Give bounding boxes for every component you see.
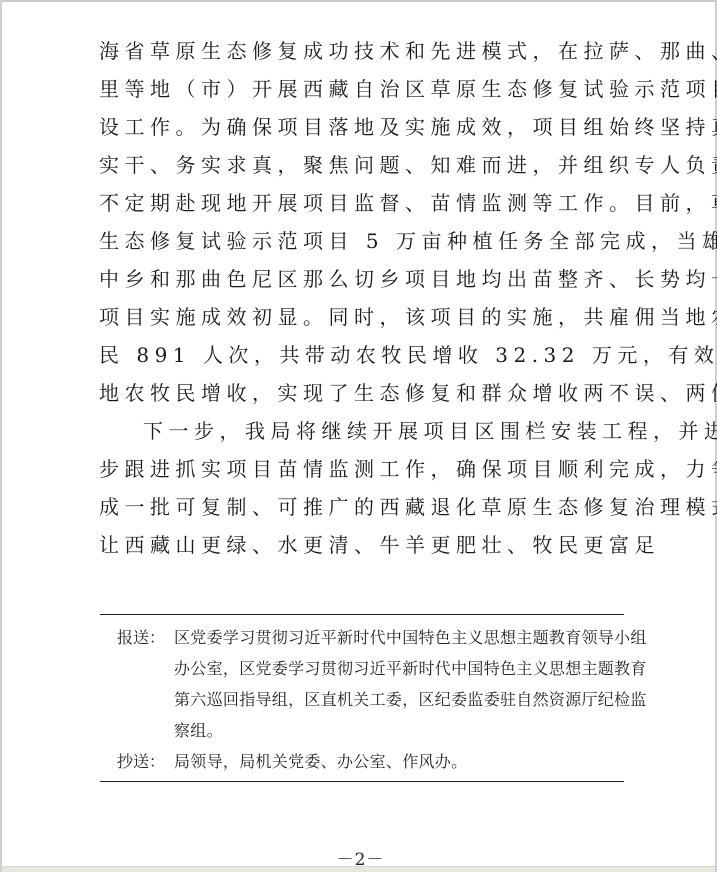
text-line: 民 891 人次，共带动农牧民增收 32.32 万元，有效带动了当 — [99, 336, 629, 374]
distribution-top-rule — [100, 614, 624, 615]
text-line: 不定期赴现地开展项目监督、苗情监测等工作。目前，草原 — [99, 184, 629, 222]
text-line: 地农牧民增收，实现了生态修复和群众增收两不误、两促进。 — [99, 374, 629, 412]
page-bottom-edge — [2, 866, 715, 872]
paragraph-2: 下一步，我局将继续开展项目区围栏安装工程，并进一 步跟进抓实项目苗情监测工作，确… — [99, 412, 629, 564]
copy-to-label: 抄送： — [117, 746, 174, 777]
text-line: 海省草原生态修复成功技术和先进模式，在拉萨、那曲、阿 — [99, 32, 629, 70]
report-to-row: 报送： 区党委学习贯彻习近平新时代中国特色主义思想主题教育领导小组 办公室，区党… — [117, 622, 627, 746]
recipient-line: 局领导，局机关党委、办公室、作风办。 — [174, 746, 467, 777]
text-line: 步跟进抓实项目苗情监测工作，确保项目顺利完成，力争集 — [99, 450, 629, 488]
recipient-line: 办公室，区党委学习贯彻习近平新时代中国特色主义思想主题教育 — [174, 653, 647, 684]
copy-to-recipients: 局领导，局机关党委、办公室、作风办。 — [174, 746, 467, 777]
text-line: 项目实施成效初显。同时，该项目的实施，共雇佣当地农牧 — [99, 298, 629, 336]
text-line: 下一步，我局将继续开展项目区围栏安装工程，并进一 — [99, 412, 629, 450]
copy-to-row: 抄送： 局领导，局机关党委、办公室、作风办。 — [117, 746, 627, 777]
text-line: 实干、务实求真，聚焦问题、知难而进，并组织专人负责， — [99, 146, 629, 184]
text-line: 生态修复试验示范项目 5 万亩种植任务全部完成，当雄县宁 — [99, 222, 629, 260]
recipient-line: 察组。 — [174, 715, 647, 746]
paragraph-1: 海省草原生态修复成功技术和先进模式，在拉萨、那曲、阿 里等地（市）开展西藏自治区… — [99, 32, 629, 412]
text-line: 让西藏山更绿、水更清、牛羊更肥壮、牧民更富足 — [99, 526, 629, 564]
text-line: 里等地（市）开展西藏自治区草原生态修复试验示范项目建 — [99, 70, 629, 108]
report-to-recipients: 区党委学习贯彻习近平新时代中国特色主义思想主题教育领导小组 办公室，区党委学习贯… — [174, 622, 647, 746]
report-to-label: 报送： — [117, 622, 174, 746]
body-text: 海省草原生态修复成功技术和先进模式，在拉萨、那曲、阿 里等地（市）开展西藏自治区… — [99, 32, 629, 564]
distribution-bottom-rule — [100, 781, 624, 782]
text-line: 中乡和那曲色尼区那么切乡项目地均出苗整齐、长势均一， — [99, 260, 629, 298]
recipient-line: 区党委学习贯彻习近平新时代中国特色主义思想主题教育领导小组 — [174, 622, 647, 653]
distribution-block: 报送： 区党委学习贯彻习近平新时代中国特色主义思想主题教育领导小组 办公室，区党… — [117, 622, 627, 777]
text-line: 设工作。为确保项目落地及实施成效，项目组始终坚持真抓 — [99, 108, 629, 146]
document-page: 海省草原生态修复成功技术和先进模式，在拉萨、那曲、阿 里等地（市）开展西藏自治区… — [0, 0, 717, 872]
recipient-line: 第六巡回指导组，区直机关工委，区纪委监委驻自然资源厅纪检监 — [174, 684, 647, 715]
text-line: 成一批可复制、可推广的西藏退化草原生态修复治理模式， — [99, 488, 629, 526]
